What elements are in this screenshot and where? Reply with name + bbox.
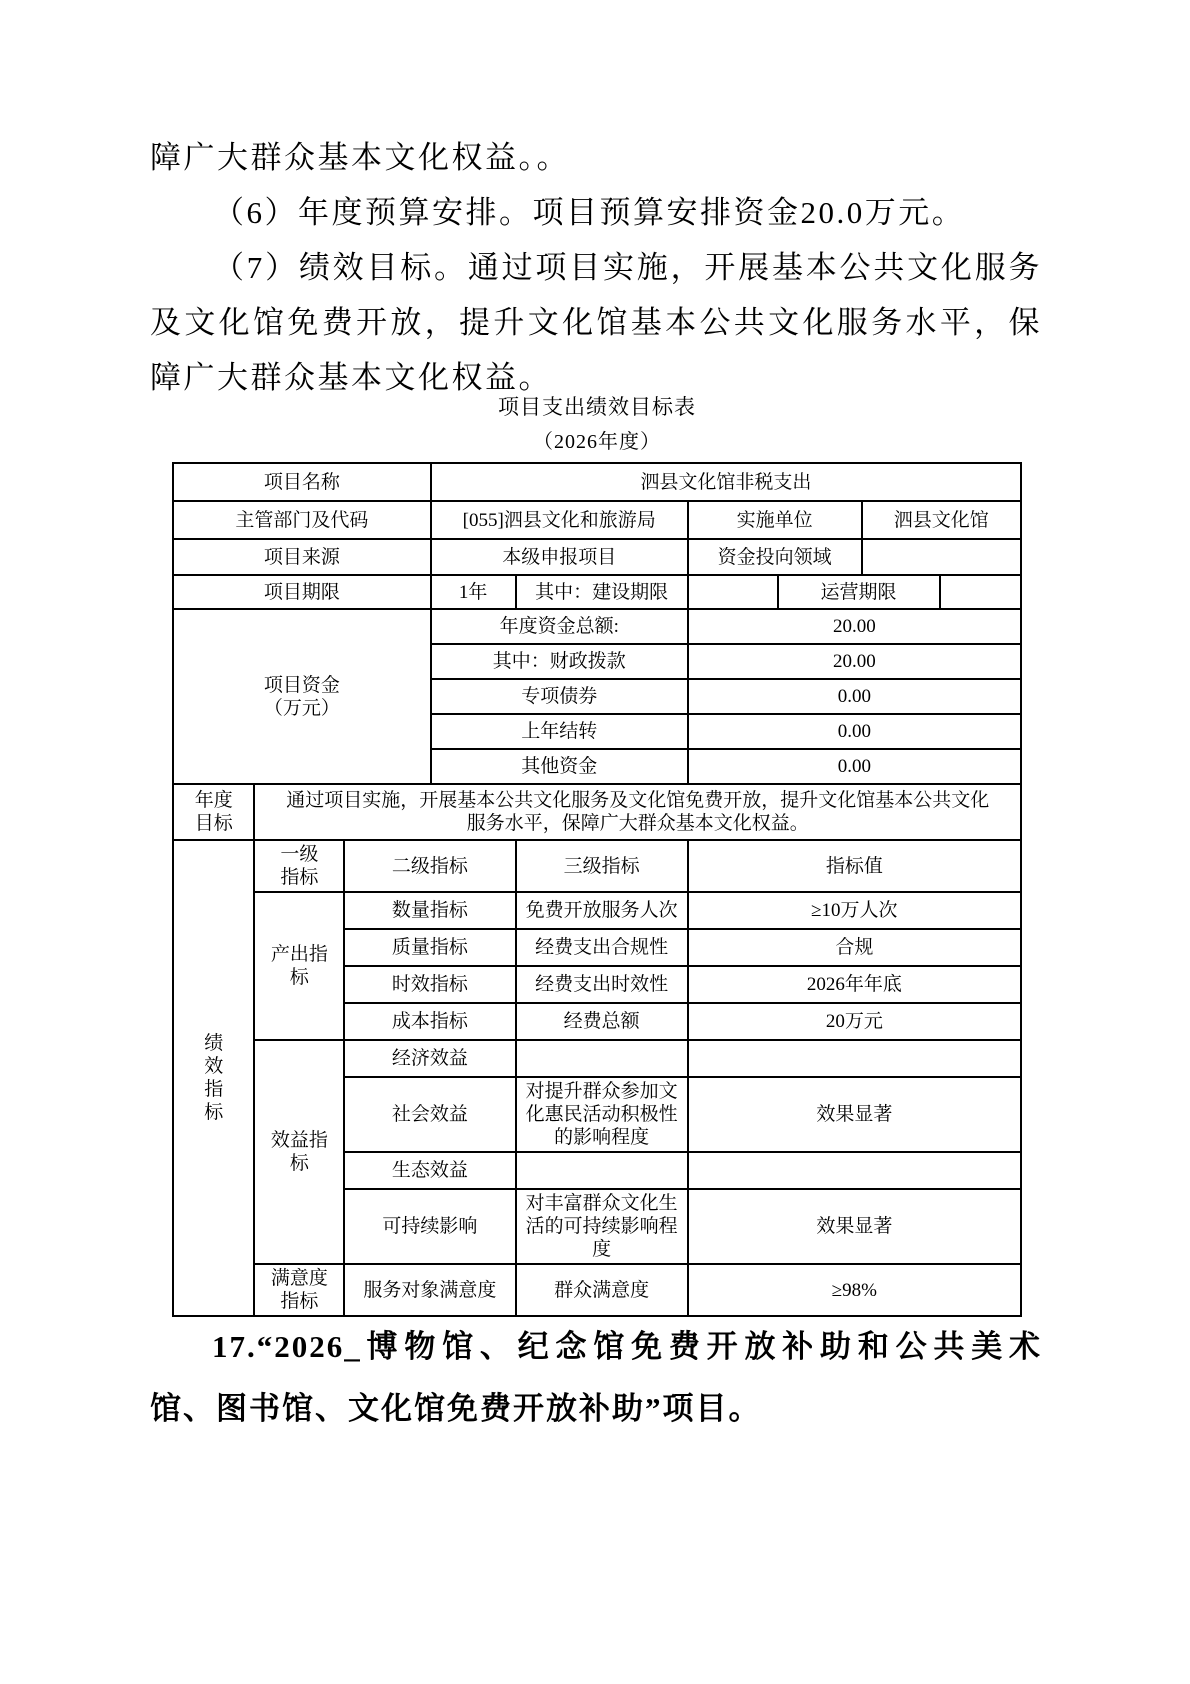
secondary-indicator-cell: 成本指标 <box>344 1003 515 1040</box>
table-title: 项目支出绩效目标表 <box>172 394 1022 420</box>
project-source-label-cell: 项目来源 <box>173 539 431 575</box>
project-funds-label-cell: 项目资金 （万元） <box>173 609 431 784</box>
impl-unit-value-cell: 泗县文化馆 <box>862 501 1021 539</box>
fund-row-label-cell: 其中：财政拨款 <box>431 644 688 679</box>
document-page: 障广大群众基本文化权益。。 （6）年度预算安排。项目预算安排资金20.0万元。 … <box>0 0 1190 1684</box>
secondary-indicator-cell: 生态效益 <box>344 1152 515 1189</box>
indicator-value-cell: 效果显著 <box>688 1189 1021 1264</box>
level2-indicator-header-cell: 二级指标 <box>344 840 515 892</box>
annual-goal-label-cell: 年度 目标 <box>173 784 254 840</box>
table-row: 项目期限 1年 其中：建设期限 运营期限 <box>173 575 1021 609</box>
secondary-indicator-cell: 时效指标 <box>344 966 515 1003</box>
tertiary-indicator-cell: 对提升群众参加文化惠民活动积极性的影响程度 <box>516 1077 688 1152</box>
project-name-value-cell: 泗县文化馆非税支出 <box>431 463 1021 501</box>
body-line: 障广大群众基本文化权益。。 <box>150 130 1042 185</box>
body-line: 及文化馆免费开放，提升文化馆基本公共文化服务水平，保 <box>150 295 1042 350</box>
indicator-value-cell: ≥98% <box>688 1264 1021 1316</box>
tertiary-indicator-cell <box>516 1040 688 1077</box>
tertiary-indicator-cell: 经费支出合规性 <box>516 929 688 966</box>
tertiary-indicator-cell: 对丰富群众文化生活的可持续影响程度 <box>516 1189 688 1264</box>
construction-period-value-cell <box>688 575 778 609</box>
table-row: 主管部门及代码 [055]泗县文化和旅游局 实施单位 泗县文化馆 <box>173 501 1021 539</box>
project-period-label-cell: 项目期限 <box>173 575 431 609</box>
body-line: （7）绩效目标。通过项目实施，开展基本公共文化服务 <box>150 240 1042 295</box>
satisfaction-indicator-group-cell: 满意度 指标 <box>254 1264 344 1316</box>
indicator-value-cell: 合规 <box>688 929 1021 966</box>
table-row: 年度 目标 通过项目实施，开展基本公共文化服务及文化馆免费开放，提升文化馆基本公… <box>173 784 1021 840</box>
fund-row-value-cell: 20.00 <box>688 644 1021 679</box>
performance-indicators-side-label-cell: 绩 效 指 标 <box>173 840 254 1316</box>
table-row: 满意度 指标 服务对象满意度 群众满意度 ≥98% <box>173 1264 1021 1316</box>
indicator-value-cell: ≥10万人次 <box>688 892 1021 929</box>
fund-row-label-cell: 专项债券 <box>431 679 688 714</box>
output-indicator-group-cell: 产出指 标 <box>254 892 344 1040</box>
indicator-value-cell: 20万元 <box>688 1003 1021 1040</box>
fund-row-label-cell: 上年结转 <box>431 714 688 749</box>
tertiary-indicator-cell: 经费支出时效性 <box>516 966 688 1003</box>
project-period-value-cell: 1年 <box>431 575 516 609</box>
indicator-value-cell <box>688 1040 1021 1077</box>
table-row: 项目资金 （万元） 年度资金总额: 20.00 <box>173 609 1021 644</box>
project-source-value-cell: 本级申报项目 <box>431 539 688 575</box>
table-row: 项目名称 泗县文化馆非税支出 <box>173 463 1021 501</box>
operation-period-value-cell <box>940 575 1021 609</box>
construction-period-label-cell: 其中：建设期限 <box>516 575 688 609</box>
fund-row-label-cell: 年度资金总额: <box>431 609 688 644</box>
table-row: 绩 效 指 标 一级 指标 二级指标 三级指标 指标值 <box>173 840 1021 892</box>
fund-row-value-cell: 0.00 <box>688 749 1021 784</box>
impl-unit-label-cell: 实施单位 <box>688 501 862 539</box>
department-label-cell: 主管部门及代码 <box>173 501 431 539</box>
benefit-indicator-group-cell: 效益指 标 <box>254 1040 344 1264</box>
tertiary-indicator-cell <box>516 1152 688 1189</box>
tertiary-indicator-cell: 经费总额 <box>516 1003 688 1040</box>
secondary-indicator-cell: 质量指标 <box>344 929 515 966</box>
secondary-indicator-cell: 社会效益 <box>344 1077 515 1152</box>
fund-row-label-cell: 其他资金 <box>431 749 688 784</box>
table-row: 产出指 标 数量指标 免费开放服务人次 ≥10万人次 <box>173 892 1021 929</box>
indicator-value-cell: 2026年年底 <box>688 966 1021 1003</box>
closing-heading: 17.“2026_博物馆、纪念馆免费开放补助和公共美术 馆、图书馆、文化馆免费开… <box>150 1316 1042 1440</box>
secondary-indicator-cell: 经济效益 <box>344 1040 515 1077</box>
secondary-indicator-cell: 服务对象满意度 <box>344 1264 515 1316</box>
fund-row-value-cell: 0.00 <box>688 679 1021 714</box>
tertiary-indicator-cell: 免费开放服务人次 <box>516 892 688 929</box>
performance-table-section: 项目支出绩效目标表 （2026年度） 项目名称 泗县文化馆非税支出 主管部门及代… <box>172 394 1022 1317</box>
performance-target-table: 项目名称 泗县文化馆非税支出 主管部门及代码 [055]泗县文化和旅游局 实施单… <box>172 462 1022 1317</box>
fund-row-value-cell: 20.00 <box>688 609 1021 644</box>
intro-paragraphs: 障广大群众基本文化权益。。 （6）年度预算安排。项目预算安排资金20.0万元。 … <box>150 130 1042 405</box>
department-value-cell: [055]泗县文化和旅游局 <box>431 501 688 539</box>
fund-row-value-cell: 0.00 <box>688 714 1021 749</box>
project-name-label-cell: 项目名称 <box>173 463 431 501</box>
secondary-indicator-cell: 数量指标 <box>344 892 515 929</box>
level1-indicator-header-cell: 一级 指标 <box>254 840 344 892</box>
tertiary-indicator-cell: 群众满意度 <box>516 1264 688 1316</box>
secondary-indicator-cell: 可持续影响 <box>344 1189 515 1264</box>
indicator-value-header-cell: 指标值 <box>688 840 1021 892</box>
indicator-value-cell: 效果显著 <box>688 1077 1021 1152</box>
table-row: 效益指 标 经济效益 <box>173 1040 1021 1077</box>
closing-heading-line: 17.“2026_博物馆、纪念馆免费开放补助和公共美术 <box>150 1316 1042 1378</box>
fund-direction-value-cell <box>862 539 1021 575</box>
table-row: 项目来源 本级申报项目 资金投向领域 <box>173 539 1021 575</box>
fund-direction-label-cell: 资金投向领域 <box>688 539 862 575</box>
indicator-value-cell <box>688 1152 1021 1189</box>
body-line: （6）年度预算安排。项目预算安排资金20.0万元。 <box>150 185 1042 240</box>
closing-heading-line: 馆、图书馆、文化馆免费开放补助”项目。 <box>150 1378 1042 1440</box>
operation-period-label-cell: 运营期限 <box>778 575 940 609</box>
level3-indicator-header-cell: 三级指标 <box>516 840 688 892</box>
table-subtitle: （2026年度） <box>172 430 1022 454</box>
annual-goal-text-cell: 通过项目实施，开展基本公共文化服务及文化馆免费开放，提升文化馆基本公共文化 服务… <box>254 784 1021 840</box>
